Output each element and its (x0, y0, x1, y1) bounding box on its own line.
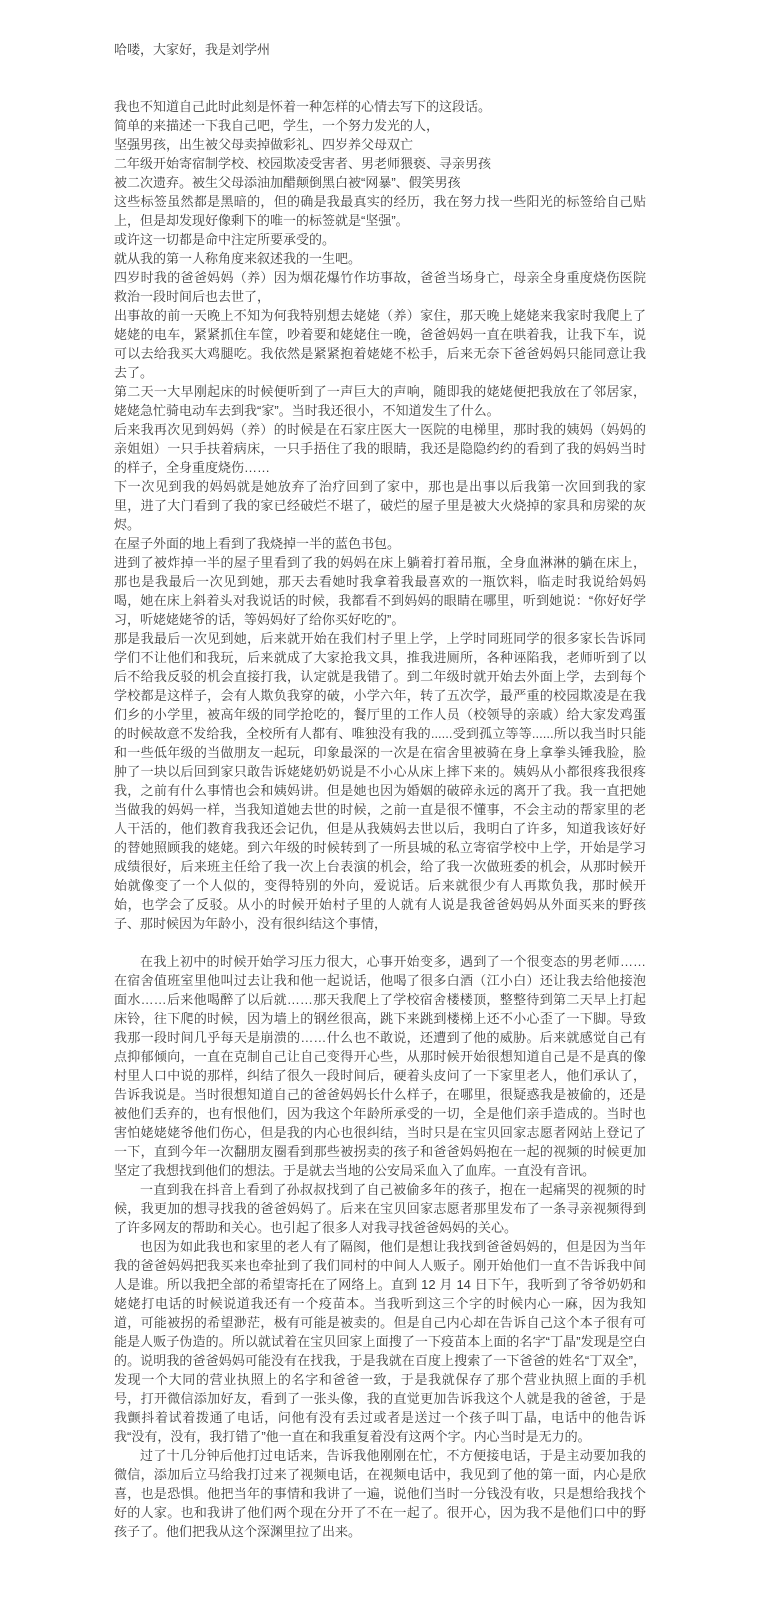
paragraph: 四岁时我的爸爸妈妈（养）因为烟花爆竹作坊事故，爸爸当场身亡，母亲全身重度烧伤医院… (114, 268, 646, 306)
paragraph: 坚强男孩，出生被父母卖掉做彩礼、四岁养父母双亡 (114, 135, 646, 154)
paragraph: 后来我再次见到妈妈（养）的时候是在石家庄医大一医院的电梯里，那时我的姨妈（妈妈的… (114, 420, 646, 477)
paragraph: 那是我最后一次见到她，后来就开始在我们村子里上学，上学时同班同学的很多家长告诉同… (114, 629, 646, 933)
paragraph: 在屋子外面的地上看到了我烧掉一半的蓝色书包。 (114, 534, 646, 553)
paragraph: 或许这一切都是命中注定所要承受的。 (114, 230, 646, 249)
paragraph: 第二天一大早刚起床的时候便听到了一声巨大的声响，随即我的姥姥便把我放在了邻居家，… (114, 382, 646, 420)
paragraph: 也因为如此我也和家里的老人有了隔阂，他们是想让我找到爸爸妈妈的，但是因为当年我的… (114, 1237, 646, 1446)
paragraph: 过了十几分钟后他打过电话来，告诉我他刚刚在忙，不方便接电话，于是主动要加我的微信… (114, 1446, 646, 1541)
greeting-line: 哈喽，大家好，我是刘学州 (114, 40, 646, 59)
paragraph: 这些标签虽然都是黑暗的，但的确是我最真实的经历，我在努力找一些阳光的标签给自己贴… (114, 192, 646, 230)
document-body: 我也不知道自己此时此刻是怀着一种怎样的心情去写下的这段话。简单的来描述一下我自己… (114, 97, 646, 1541)
paragraph: 我也不知道自己此时此刻是怀着一种怎样的心情去写下的这段话。 (114, 97, 646, 116)
paragraph: 一直到我在抖音上看到了孙叔叔找到了自己被偷多年的孩子，抱在一起痛哭的视频的时候，… (114, 1180, 646, 1237)
paragraph: 简单的来描述一下我自己吧，学生，一个努力发光的人， (114, 116, 646, 135)
paragraph: 下一次见到我的妈妈就是她放弃了治疗回到了家中，那也是出事以后我第一次回到我的家里… (114, 477, 646, 534)
paragraph: 出事故的前一天晚上不知为何我特别想去姥姥（养）家住，那天晚上姥姥来我家时我爬上了… (114, 306, 646, 382)
paragraph: 进到了被炸掉一半的屋子里看到了我的妈妈在床上躺着打着吊瓶，全身血淋淋的躺在床上，… (114, 553, 646, 629)
document: 哈喽，大家好，我是刘学州 我也不知道自己此时此刻是怀着一种怎样的心情去写下的这段… (0, 0, 759, 1561)
paragraph: 在我上初中的时候开始学习压力很大，心事开始变多，遇到了一个很变态的男老师……在宿… (114, 952, 646, 1180)
paragraph: 二年级开始寄宿制学校、校园欺凌受害者、男老师猥亵、寻亲男孩 (114, 154, 646, 173)
paragraph: 被二次遗弃。被生父母添油加醋颠倒黑白被“网暴”、假笑男孩 (114, 173, 646, 192)
paragraph: 就从我的第一人称角度来叙述我的一生吧。 (114, 249, 646, 268)
